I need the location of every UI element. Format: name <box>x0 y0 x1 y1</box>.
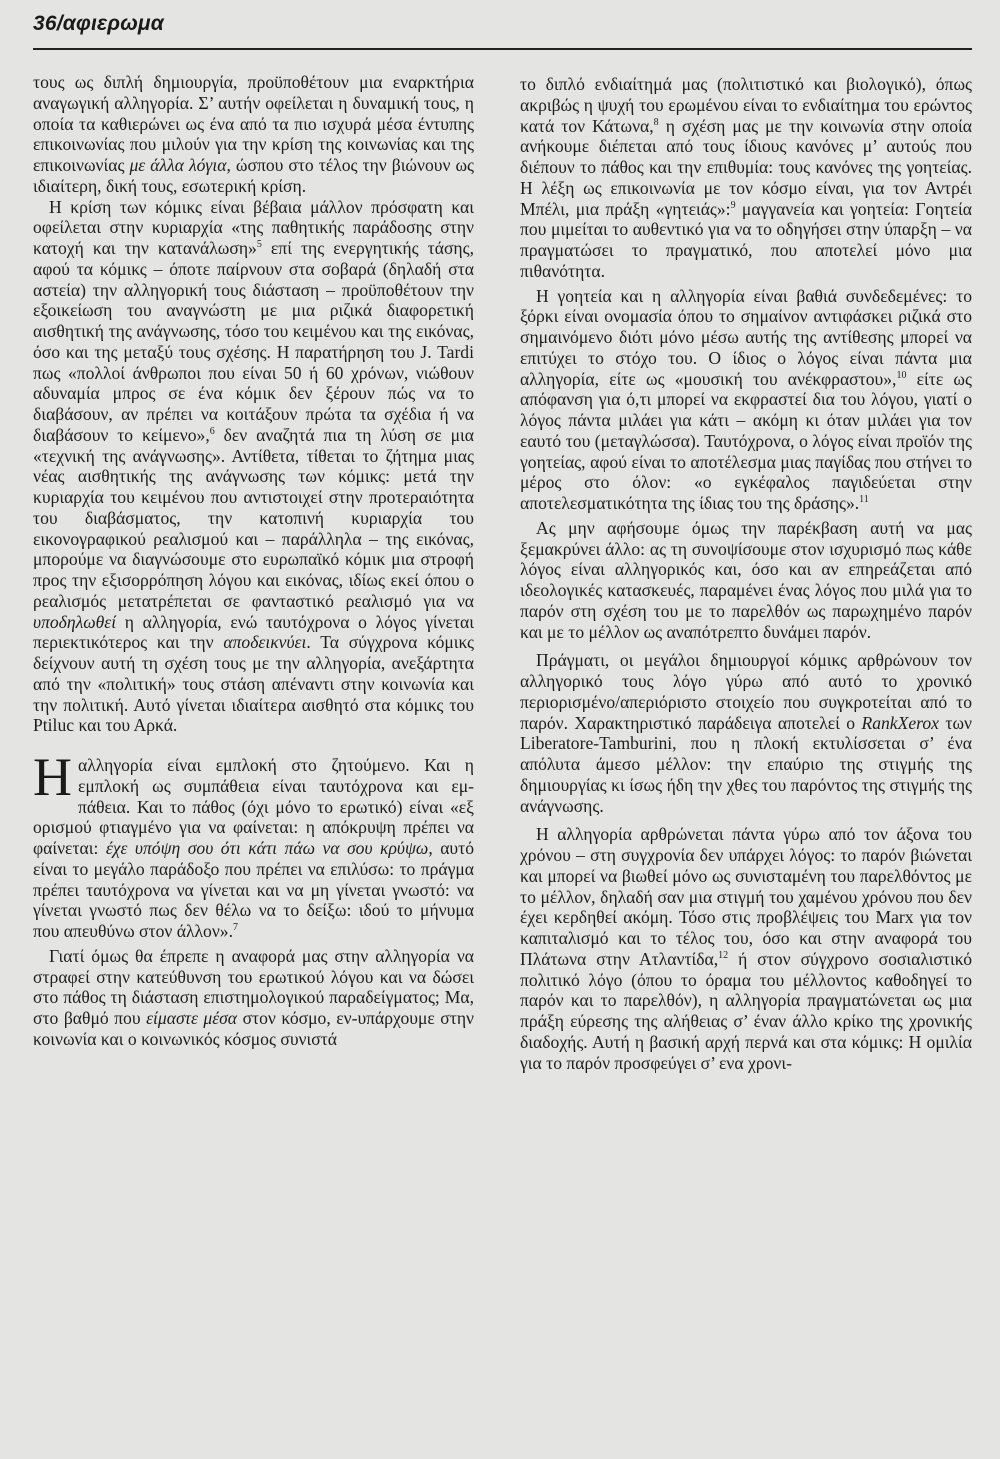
emphasis-text: RankXerox <box>861 713 939 733</box>
emphasis-text: έχε υπόψη σου ότι κάτι πάω να σου κρύψω <box>106 838 428 858</box>
text-run: Ας μην αφήσουμε όμως την παρέκβαση αυτή … <box>520 518 972 642</box>
emphasis-text: είμαστε μέσα <box>146 1008 237 1028</box>
paragraph: Γιατί όμως θα έπρεπε η αναφορά μας στην … <box>33 946 474 1050</box>
paragraph: Η κρίση των κόμικς είναι βέβαια μάλλον π… <box>33 197 474 737</box>
paragraph: τους ως διπλή δημιουργία, προϋποθέτουν μ… <box>33 72 474 197</box>
left-column: τους ως διπλή δημιουργία, προϋποθέτουν μ… <box>33 72 474 1050</box>
page-header-title: 36/αφιερωμα <box>33 12 164 36</box>
footnote-ref: 7 <box>233 922 238 933</box>
emphasis-text: αποδεικνύει <box>223 632 306 652</box>
paragraph: Η αλληγορία αρθρώνεται πάντα γύρω από το… <box>520 824 972 1073</box>
header-divider <box>33 48 972 50</box>
paragraph: Ας μην αφήσουμε όμως την παρέκβαση αυτή … <box>520 518 972 643</box>
text-run: δεν αναζητά πια τη λύση σε μια «τεχνική … <box>33 425 474 611</box>
footnote-ref: 12 <box>718 950 728 961</box>
drop-cap: Η <box>33 757 72 797</box>
paragraph: Η γοητεία και η αλληγορία είναι βαθιά συ… <box>520 286 972 514</box>
footnote-ref: 10 <box>896 370 906 381</box>
footnote-ref: 11 <box>859 494 869 505</box>
emphasis-text: με άλλα λόγια <box>129 155 226 175</box>
text-run: είτε ως απόφανση για ό,τι μπορεί να εκφρ… <box>520 369 972 514</box>
paragraph-dropcap: Ηαλληγορία είναι εμπλοκή στο ζητούμενο. … <box>33 755 474 942</box>
text-run: επί της ενεργητικής τάσης, αφού τα κόμικ… <box>33 238 474 445</box>
right-column: το διπλό ενδιαίτημά μας (πολιτιστικό και… <box>520 74 972 1073</box>
magazine-page: 36/αφιερωμα τους ως διπλή δημιουργία, πρ… <box>0 0 1000 1459</box>
emphasis-text: υποδηλωθεί <box>33 612 116 632</box>
paragraph: το διπλό ενδιαίτημά μας (πολιτιστικό και… <box>520 74 972 282</box>
text-run: Η αλληγορία αρθρώνεται πάντα γύρω από το… <box>520 824 972 969</box>
paragraph: Πράγματι, οι μεγάλοι δημιουργοί κόμικς α… <box>520 650 972 816</box>
